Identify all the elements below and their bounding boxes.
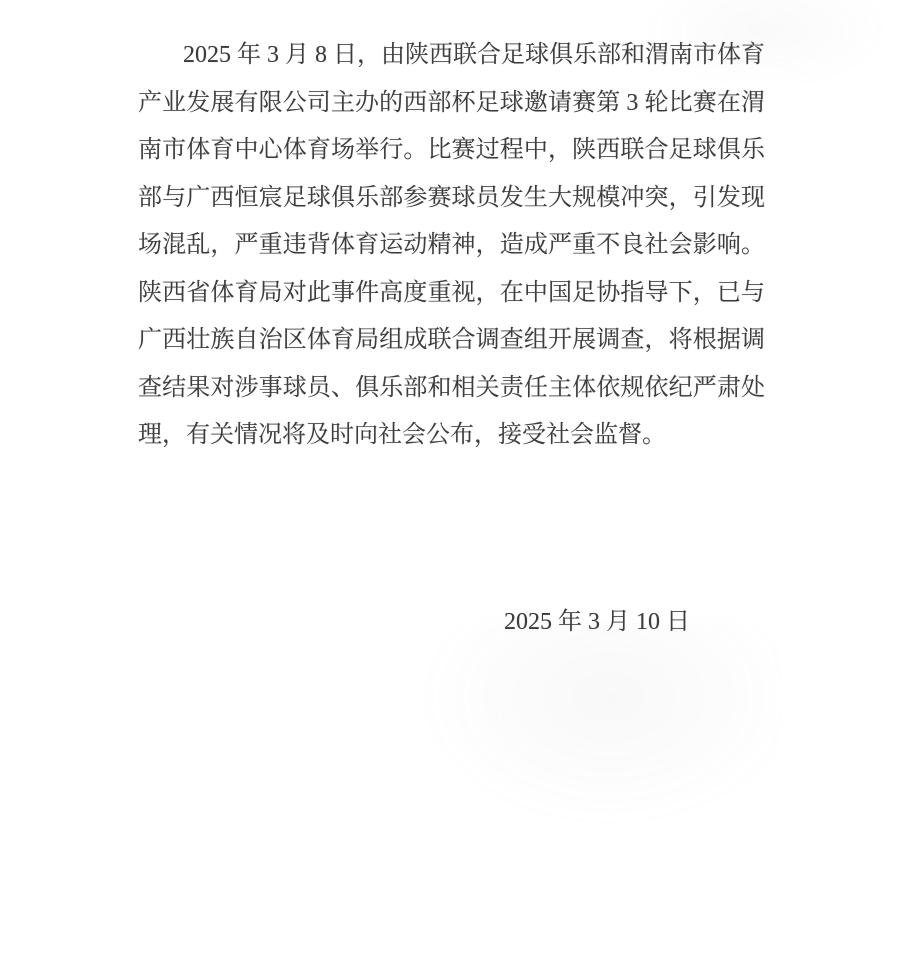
- paragraph-line: 广西壮族自治区体育局组成联合调查组开展调查，将根据调: [138, 317, 765, 365]
- paragraph-line: 部与广西恒宸足球俱乐部参赛球员发生大规模冲突，引发现: [138, 175, 765, 223]
- paragraph-line: 南市体育中心体育场举行。比赛过程中，陕西联合足球俱乐: [138, 127, 765, 175]
- announcement-body: 2025 年 3 月 8 日，由陕西联合足球俱乐部和渭南市体育 产业发展有限公司…: [138, 32, 765, 460]
- paragraph-line: 陕西省体育局对此事件高度重视，在中国足协指导下，已与: [138, 270, 765, 318]
- scanned-document-page: 2025 年 3 月 8 日，由陕西联合足球俱乐部和渭南市体育 产业发展有限公司…: [0, 0, 900, 962]
- document-date: 2025 年 3 月 10 日: [138, 599, 765, 647]
- paragraph-line: 查结果对涉事球员、俱乐部和相关责任主体依规依纪严肃处: [138, 365, 765, 413]
- paragraph-line: 理，有关情况将及时向社会公布，接受社会监督。: [138, 412, 765, 460]
- paragraph-line: 场混乱，严重违背体育运动精神，造成严重不良社会影响。: [138, 222, 765, 270]
- paragraph-line: 产业发展有限公司主办的西部杯足球邀请赛第 3 轮比赛在渭: [138, 80, 765, 128]
- paragraph-line: 2025 年 3 月 8 日，由陕西联合足球俱乐部和渭南市体育: [138, 32, 765, 80]
- scan-artifact-smudge: [400, 620, 780, 840]
